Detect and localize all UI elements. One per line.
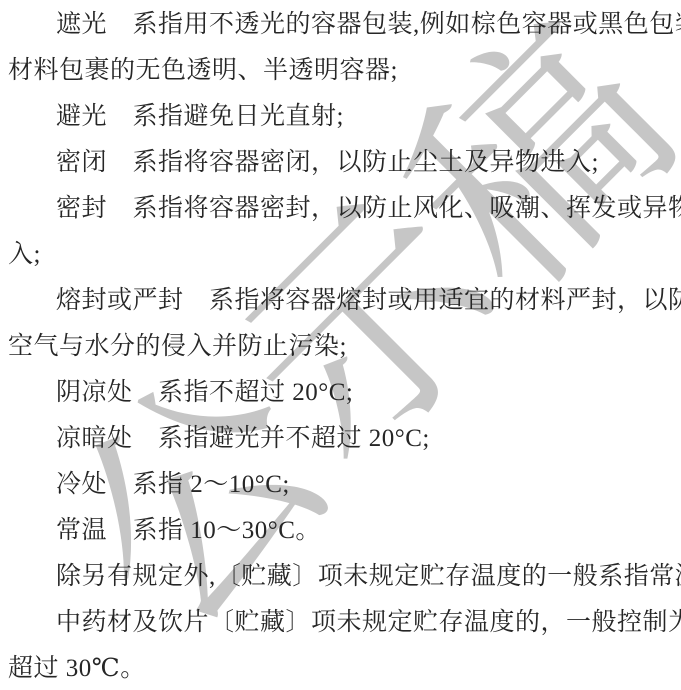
text-line: 材料包裹的无色透明、半透明容器; (8, 48, 677, 94)
text-line: 熔封或严封 系指将容器熔封或用适宜的材料严封，以防止 (8, 278, 677, 324)
text-line: 阴凉处 系指不超过 20°C; (8, 370, 677, 416)
text-line: 密封 系指将容器密封，以防止风化、吸潮、挥发或异物进 (8, 186, 677, 232)
text-line: 避光 系指避免日光直射; (8, 94, 677, 140)
text-line: 空气与水分的侵入并防止污染; (8, 324, 677, 370)
text-line: 中药材及饮片〔贮藏〕项未规定贮存温度的，一般控制为不 (8, 600, 677, 646)
text-line: 密闭 系指将容器密闭，以防止尘土及异物进入; (8, 140, 677, 186)
text-line: 除另有规定外,〔贮藏〕项未规定贮存温度的一般系指常温。 (8, 554, 677, 600)
text-line: 常温 系指 10～30°C。 (8, 508, 677, 554)
text-line: 入; (8, 232, 677, 278)
text-line: 遮光 系指用不透光的容器包装,例如棕色容器或黑色包装 (8, 2, 677, 48)
text-line: 超过 30℃。 (8, 646, 677, 690)
document-body: 遮光 系指用不透光的容器包装,例如棕色容器或黑色包装 材料包裹的无色透明、半透明… (0, 0, 681, 690)
document-page: 公示稿 遮光 系指用不透光的容器包装,例如棕色容器或黑色包装 材料包裹的无色透明… (0, 0, 681, 690)
text-line: 凉暗处 系指避光并不超过 20°C; (8, 416, 677, 462)
text-line: 冷处 系指 2～10°C; (8, 462, 677, 508)
